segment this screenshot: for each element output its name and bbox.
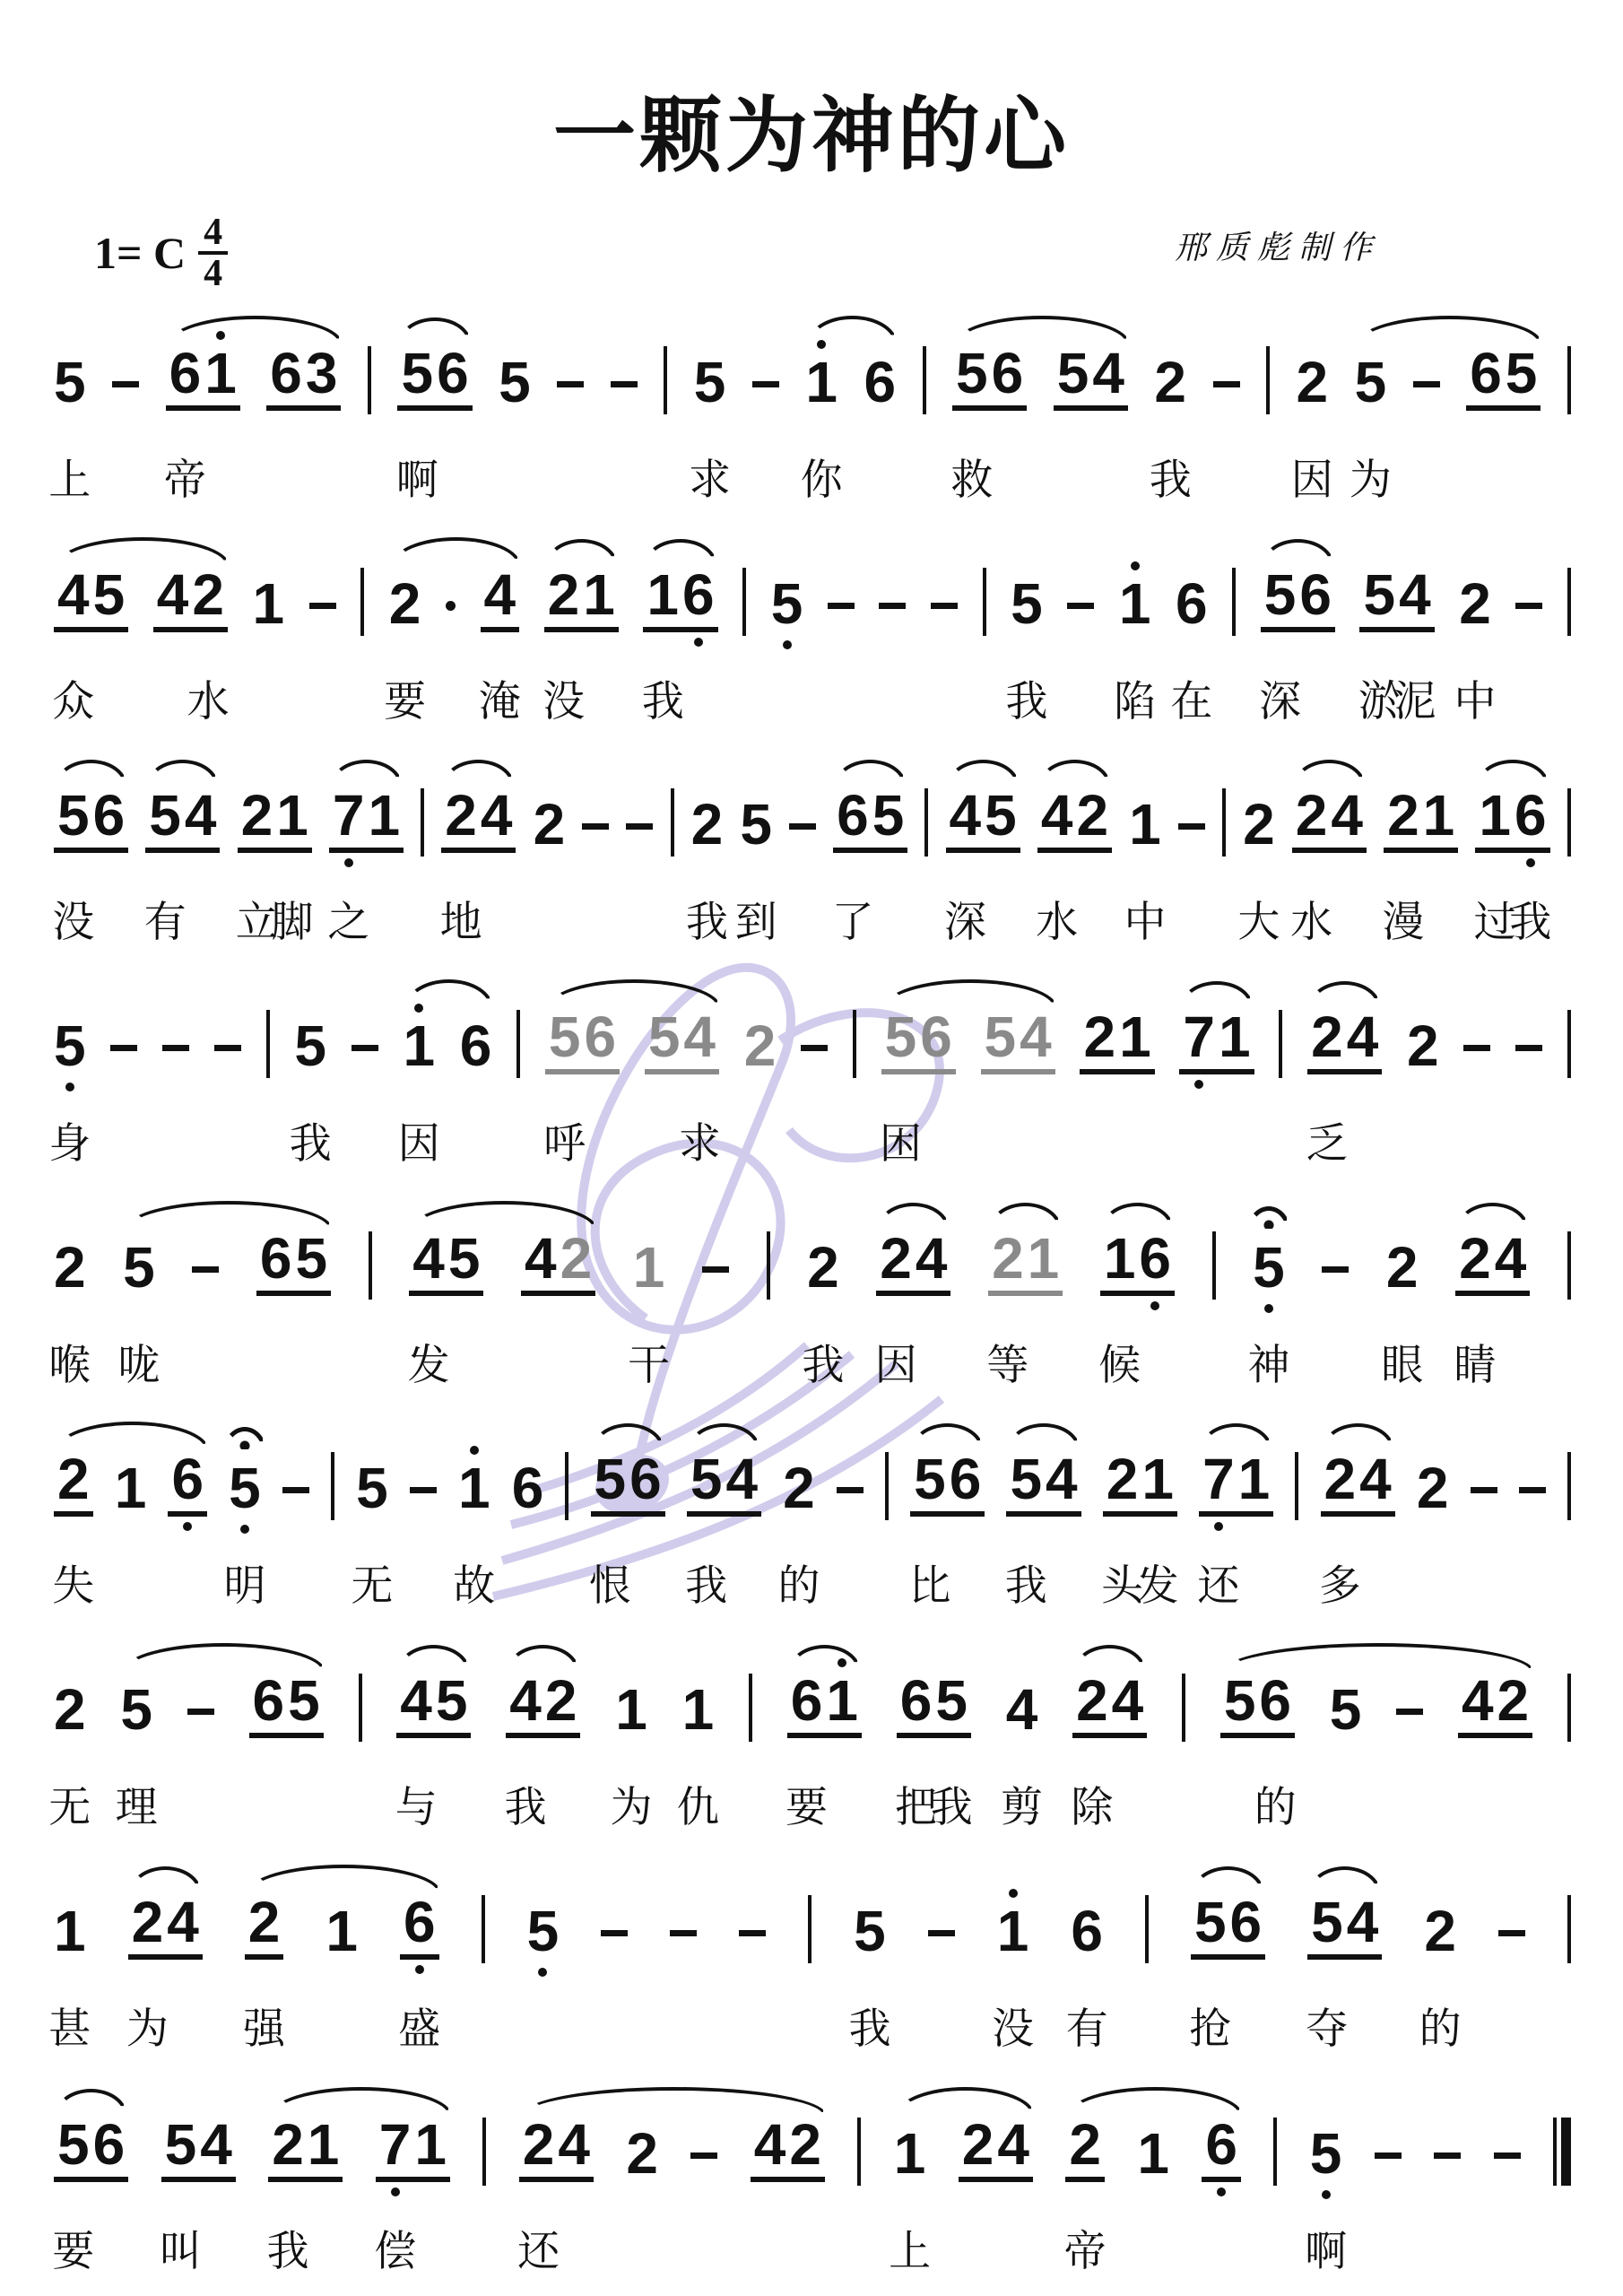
note-digit: 2 [523, 2116, 555, 2173]
note-digit: 5 [690, 1450, 723, 1508]
lyric-syllable: 脚 [271, 889, 313, 949]
lyric-syllable: 等 [986, 1332, 1028, 1392]
lyric-syllable: 了 [831, 889, 873, 949]
note-digit: 6 [260, 1230, 292, 1287]
duration-dash [309, 603, 336, 609]
barline [1266, 346, 1270, 414]
note-digit: 6 [1176, 575, 1208, 632]
lyric-syllable: 要 [52, 2218, 94, 2278]
note-digit: 2 [1497, 1672, 1530, 1729]
note-digit: 5 [1310, 2125, 1342, 2182]
lyric-syllable: 我 [686, 889, 728, 949]
note-digit: 2 [1459, 575, 1491, 632]
note-digit: 2 [783, 1459, 815, 1517]
lyrics-row: 身我因呼求困乏 [54, 1110, 1571, 1166]
note-digit: 1 [1479, 787, 1511, 844]
note-digit: 5 [499, 353, 531, 411]
barline [885, 1452, 889, 1520]
barline [368, 346, 371, 414]
note-digit: 6 [864, 353, 896, 411]
duration-dash [601, 1930, 628, 1936]
lyric-syllable: 没 [52, 889, 94, 949]
beam-group: 24 [876, 1230, 950, 1296]
note-digit: 2 [534, 796, 566, 853]
note-digit: 2 [545, 1672, 577, 1729]
note-digit: 1 [368, 787, 400, 844]
note-digit: 6 [1139, 1230, 1171, 1287]
note-digit: 1 [115, 1459, 147, 1517]
lyric-syllable: 我 [685, 1552, 727, 1613]
barline [1567, 1674, 1571, 1742]
duration-dash [828, 603, 855, 609]
score-line: 565421712422565454212242116没有立脚之地我到了深水中大… [54, 754, 1571, 944]
note-digit: 6 [93, 787, 126, 844]
lyric-syllable: 求 [689, 447, 731, 507]
notes-row: 124216551656542 [54, 1861, 1571, 1972]
beam-group: 21 [1384, 787, 1458, 853]
score-line: 2565454211616542456542无理与我为仇要把我剪除的 [54, 1639, 1571, 1830]
beam-group: 56 [54, 787, 128, 853]
note-digit: 4 [683, 1008, 716, 1065]
note-digit: 6 [270, 344, 302, 402]
note-digit: 2 [1076, 1672, 1108, 1729]
score-line: 21655165654256542171242失明无故恨我的比我头发还多 [54, 1418, 1571, 1608]
beam-group: 61 [787, 1672, 862, 1738]
lyric-syllable: 比 [908, 1552, 950, 1613]
note-digit: 4 [1331, 787, 1363, 844]
note-digit: 1 [805, 353, 838, 411]
note-digit: 2 [1154, 353, 1186, 411]
lyric-syllable: 啊 [1305, 2218, 1347, 2278]
note-digit: 2 [1424, 1902, 1456, 1960]
note-digit: 6 [900, 1672, 933, 1729]
note-digit: 2 [241, 787, 273, 844]
note-digit: 4 [57, 566, 90, 623]
barline [767, 1231, 770, 1300]
beam-group: 65 [833, 787, 907, 853]
note-digit: 2 [1069, 2116, 1101, 2173]
note-digit: 5 [771, 575, 803, 632]
lyric-syllable: 因 [1291, 447, 1333, 507]
duration-dash [928, 1930, 955, 1936]
lyric-syllable: 为 [1350, 447, 1392, 507]
note-digit: 5 [448, 1230, 481, 1287]
beam-group: 21 [544, 566, 619, 632]
lyric-syllable: 我 [290, 1110, 332, 1170]
beam-group: 71 [1179, 1008, 1254, 1074]
beam-group: 65 [256, 1230, 331, 1296]
lyric-syllable: 水 [187, 668, 230, 728]
lyric-syllable: 没 [542, 668, 585, 728]
note-digit: 2 [789, 2116, 821, 2173]
note-digit: 4 [200, 2116, 232, 2173]
barline [1273, 2118, 1277, 2186]
lyric-syllable: 剪 [1001, 1774, 1043, 1834]
lyric-syllable: 我 [642, 668, 684, 728]
beam-group: 42 [506, 1672, 580, 1738]
barline [671, 788, 674, 857]
note-digit: 6 [791, 1672, 823, 1729]
beam-group: 6 [400, 1893, 439, 1960]
note-digit: 2 [445, 787, 477, 844]
note-digit: 5 [694, 353, 726, 411]
duration-dash [690, 2152, 717, 2159]
note-digit: 4 [1462, 1672, 1494, 1729]
note-digit: 7 [1183, 1008, 1215, 1065]
lyric-syllable: 身 [48, 1110, 91, 1170]
note-digit: 6 [1205, 2116, 1237, 2173]
note-digit: 4 [1092, 344, 1124, 402]
beam-group: 45 [409, 1230, 483, 1296]
note-digit: 5 [885, 1008, 917, 1065]
beam-group: 16 [1475, 787, 1549, 853]
lyrics-row: 众水要淹没我我陷在深淤泥中 [54, 668, 1571, 724]
augmentation-dot [446, 601, 456, 611]
beam-group: 16 [643, 566, 717, 632]
score-line: 56542171242421242165要叫我偿还上帝啊 [54, 2083, 1571, 2274]
lyric-syllable: 我 [1150, 447, 1192, 507]
note-digit: 1 [204, 344, 237, 402]
beam-group: 56 [881, 1008, 956, 1074]
lyrics-row: 没有立脚之地我到了深水中大水漫过我 [54, 889, 1571, 944]
note-digit: 4 [997, 2116, 1029, 2173]
note-digit: 6 [437, 344, 469, 402]
beam-group: 71 [376, 2116, 450, 2182]
lyric-syllable: 帝 [164, 447, 206, 507]
note-digit: 1 [682, 1681, 715, 1738]
duration-dash [789, 823, 816, 830]
lyric-syllable: 我 [1509, 889, 1551, 949]
duration-dash [1067, 603, 1094, 609]
note-digit: 5 [294, 1017, 326, 1074]
beam-group: 24 [1072, 1672, 1147, 1738]
lyric-syllable: 睛 [1454, 1332, 1496, 1392]
meter-numerator: 4 [198, 213, 228, 251]
note-digit: 5 [595, 1450, 627, 1508]
barline [749, 1674, 752, 1742]
beam-group: 54 [687, 1450, 761, 1517]
beam-group: 45 [396, 1672, 471, 1738]
barline [742, 568, 746, 636]
beam-group: 56 [591, 1450, 665, 1517]
note-digit: 2 [1296, 787, 1328, 844]
note-digit: 2 [54, 1239, 86, 1296]
beam-group: 21 [268, 2116, 343, 2182]
note-digit: 1 [1141, 1450, 1174, 1508]
note-digit: 3 [306, 344, 338, 402]
duration-dash [837, 1487, 864, 1493]
notes-row: 45421242116551656542 [54, 534, 1571, 645]
beam-group: 42 [1458, 1672, 1532, 1738]
lyric-syllable: 我 [848, 1996, 890, 2056]
note-digit: 1 [894, 2125, 926, 2182]
beam-group: 21 [238, 787, 312, 853]
lyric-syllable: 多 [1319, 1552, 1361, 1613]
duration-dash [1463, 1045, 1490, 1051]
barline [266, 1010, 270, 1078]
note-digit: 1 [403, 1017, 435, 1074]
lyric-syllable: 困 [880, 1110, 922, 1170]
note-digit: 5 [1264, 566, 1297, 623]
song-title: 一颗为神的心 [0, 70, 1623, 188]
barline [1567, 1452, 1571, 1520]
note-digit: 2 [192, 566, 224, 623]
beam-group: 61 [166, 344, 240, 411]
beam-group: 56 [1261, 566, 1335, 632]
beam-group: 24 [959, 2116, 1033, 2182]
duration-dash [192, 1266, 219, 1273]
note-digit: 2 [1076, 787, 1108, 844]
barline [1567, 1010, 1571, 1078]
duration-dash [1498, 1930, 1525, 1936]
note-digit: 2 [1407, 1017, 1439, 1074]
lyric-syllable: 除 [1071, 1774, 1113, 1834]
notes-row: 25654542122421165224 [54, 1197, 1571, 1309]
duration-dash [162, 1045, 189, 1051]
note-digit: 2 [1311, 1008, 1343, 1065]
duration-dash [931, 603, 958, 609]
note-digit: 6 [93, 2116, 126, 2173]
note-digit: 4 [1399, 566, 1431, 623]
beam-group: 21 [1080, 1008, 1154, 1074]
note-digit: 1 [1129, 796, 1161, 853]
lyrics-row: 无理与我为仇要把我剪除的 [54, 1774, 1571, 1830]
note-digit: 6 [169, 344, 202, 402]
duration-dash [557, 381, 584, 387]
note-digit: 2 [272, 2116, 304, 2173]
note-digit: 2 [248, 1893, 281, 1951]
note-digit: 5 [935, 1672, 968, 1729]
beam-group: 2 [54, 1450, 93, 1517]
lyric-syllable: 水 [1290, 889, 1332, 949]
note-digit: 6 [460, 1017, 492, 1074]
lyric-syllable: 呼 [543, 1110, 586, 1170]
lyric-syllable: 恨 [589, 1552, 631, 1613]
duration-dash [801, 1045, 828, 1051]
note-digit: 5 [288, 1672, 320, 1729]
lyric-syllable: 在 [1170, 668, 1212, 728]
beam-group: 21 [988, 1230, 1063, 1296]
lyric-syllable: 之 [327, 889, 369, 949]
beam-group: 63 [266, 344, 341, 411]
lyric-syllable: 抢 [1189, 1996, 1231, 2056]
lyric-syllable: 眼 [1381, 1332, 1423, 1392]
lyric-syllable: 我 [1005, 1552, 1047, 1613]
lyric-syllable: 你 [801, 447, 843, 507]
lyric-syllable: 我 [802, 1332, 844, 1392]
duration-dash [1178, 823, 1205, 830]
note-digit: 7 [333, 787, 365, 844]
note-digit: 2 [1083, 1008, 1115, 1065]
note-digit: 5 [1224, 1672, 1256, 1729]
beam-group: 42 [751, 2116, 825, 2182]
note-digit: 5 [1311, 1893, 1343, 1951]
lyric-syllable: 众 [52, 668, 94, 728]
barline [1567, 346, 1571, 414]
note-digit: 6 [950, 1450, 982, 1508]
beam-group: 45 [54, 566, 128, 632]
duration-dash [1413, 381, 1440, 387]
lyric-syllable: 要 [384, 668, 426, 728]
beam-group: 56 [952, 344, 1027, 411]
lyric-syllable: 故 [453, 1552, 495, 1613]
duration-dash [410, 1487, 437, 1493]
time-signature: 4 4 [198, 213, 228, 292]
note-digit: 2 [54, 1681, 86, 1738]
lyric-syllable: 中 [1124, 889, 1166, 949]
note-digit: 5 [854, 1902, 886, 1960]
barline [923, 346, 926, 414]
note-digit: 6 [171, 1450, 204, 1508]
note-digit: 5 [401, 344, 433, 402]
duration-dash [282, 1487, 309, 1493]
notes-row: 21655165654256542171242 [54, 1418, 1571, 1529]
note-digit: 2 [1387, 787, 1419, 844]
note-digit: 6 [1259, 1672, 1291, 1729]
note-digit: 1 [583, 566, 615, 623]
note-digit: 2 [880, 1230, 912, 1287]
barline [1232, 568, 1236, 636]
beam-group: 54 [1359, 566, 1434, 632]
lyric-syllable: 我 [505, 1774, 547, 1834]
notes-row: 2565454211616542456542 [54, 1639, 1571, 1751]
note-digit: 2 [1324, 1450, 1357, 1508]
note-digit: 6 [1515, 787, 1547, 844]
lyric-syllable: 无 [351, 1552, 393, 1613]
beam-group: 54 [645, 1008, 719, 1074]
notes-row: 55165654256542171242 [54, 976, 1571, 1087]
barline [1145, 1895, 1149, 1963]
lyric-syllable: 水 [1036, 889, 1078, 949]
beam-group: 6 [1202, 2116, 1241, 2182]
barline [1212, 1231, 1216, 1300]
note-digit: 1 [1238, 1450, 1271, 1508]
beam-group: 4 [481, 566, 520, 632]
note-with-fermata: 5 [1253, 1239, 1285, 1296]
lyric-syllable: 发 [1137, 1552, 1179, 1613]
note-digit: 4 [558, 2116, 590, 2173]
beam-group: 65 [897, 1672, 971, 1738]
lyric-syllable: 我 [266, 2218, 308, 2278]
note-digit: 2 [389, 575, 421, 632]
note-digit: 1 [647, 566, 679, 623]
note-digit: 5 [549, 1008, 581, 1065]
note-digit: 5 [123, 1239, 155, 1296]
beam-group: 24 [1321, 1450, 1395, 1517]
duration-dash [352, 1045, 378, 1051]
tonic-label: 1= C [94, 227, 186, 279]
note-digit: 1 [615, 1681, 647, 1738]
note-digit: 2 [1107, 1450, 1139, 1508]
note-digit: 4 [1347, 1893, 1379, 1951]
score-line: 124216551656542甚为强盛我没有抢夺的 [54, 1861, 1571, 2051]
score-line: 25654542122421165224喉咙发干我因等候神眼睛 [54, 1197, 1571, 1387]
note-digit: 5 [120, 1681, 152, 1738]
duration-dash [214, 1045, 241, 1051]
beam-group: 56 [1220, 1672, 1295, 1738]
note-digit: 5 [985, 787, 1017, 844]
lyric-syllable: 叫 [160, 2218, 202, 2278]
note-digit: 5 [149, 787, 181, 844]
note-digit: 5 [648, 1008, 681, 1065]
note-digit: 7 [379, 2116, 412, 2173]
note-digit: 4 [484, 566, 516, 623]
note-digit: 2 [548, 566, 580, 623]
lyric-syllable: 为 [126, 1996, 169, 2056]
lyric-syllable: 深 [944, 889, 986, 949]
lyric-syllable: 有 [144, 889, 187, 949]
lyric-syllable: 发 [408, 1332, 450, 1392]
barline [482, 2118, 486, 2186]
beam-group: 2 [245, 1893, 284, 1960]
note-digit: 4 [412, 1230, 445, 1287]
lyrics-row: 失明无故恨我的比我头发还多 [54, 1552, 1571, 1608]
note-digit: 6 [992, 344, 1024, 402]
lyric-syllable: 明 [223, 1552, 265, 1613]
duration-dash [879, 603, 906, 609]
duration-dash [112, 381, 139, 387]
note-digit: 4 [1020, 1008, 1052, 1065]
note-digit: 4 [754, 2116, 786, 2173]
beam-group: 6 [168, 1450, 207, 1517]
duration-dash [1519, 1487, 1546, 1493]
beam-group: 24 [1455, 1230, 1530, 1296]
key-signature: 1= C 4 4 [94, 213, 228, 292]
note-digit: 2 [132, 1893, 164, 1951]
lyric-syllable: 夺 [1306, 1996, 1348, 2056]
lyric-syllable: 还 [517, 2218, 560, 2278]
beam-group: 54 [1006, 1450, 1081, 1517]
final-barline [1553, 2118, 1571, 2186]
lyric-syllable: 上 [889, 2218, 931, 2278]
note-digit: 6 [629, 1450, 662, 1508]
note-digit: 2 [992, 1230, 1024, 1287]
note-digit: 4 [525, 1230, 557, 1287]
beam-group: 16 [1100, 1230, 1175, 1296]
note-digit: 2 [560, 1230, 593, 1287]
duration-dash [702, 1266, 729, 1273]
note-digit: 6 [404, 1893, 436, 1951]
barline [1222, 788, 1226, 857]
note-digit: 4 [916, 1230, 948, 1287]
duration-dash [739, 1930, 766, 1936]
lyric-syllable: 喉 [48, 1332, 91, 1392]
note-digit: 5 [914, 1450, 946, 1508]
note-digit: 2 [1386, 1239, 1419, 1296]
beam-group: 54 [161, 2116, 236, 2182]
beam-group: 56 [397, 344, 472, 411]
note-digit: 4 [950, 787, 982, 844]
score-line: 56163565516565422565上帝啊求你救我因为 [54, 312, 1571, 502]
beam-group: 21 [1103, 1450, 1177, 1517]
note-digit: 6 [1230, 1893, 1263, 1951]
lyric-syllable: 我 [931, 1774, 973, 1834]
notes-row: 56163565516565422565 [54, 312, 1571, 423]
note-digit: 1 [308, 2116, 340, 2173]
lyric-syllable: 求 [679, 1110, 721, 1170]
note-digit: 2 [626, 2125, 658, 2182]
note-digit: 1 [1119, 575, 1151, 632]
note-digit: 4 [725, 1450, 758, 1508]
note-digit: 4 [1041, 787, 1073, 844]
note-digit: 1 [997, 1902, 1029, 1960]
note-digit: 1 [1137, 2125, 1169, 2182]
lyric-syllable: 候 [1098, 1332, 1141, 1392]
note-with-fermata: 5 [229, 1459, 261, 1517]
beam-group: 56 [54, 2116, 128, 2182]
barline [421, 788, 424, 857]
lyric-syllable: 的 [1254, 1774, 1297, 1834]
